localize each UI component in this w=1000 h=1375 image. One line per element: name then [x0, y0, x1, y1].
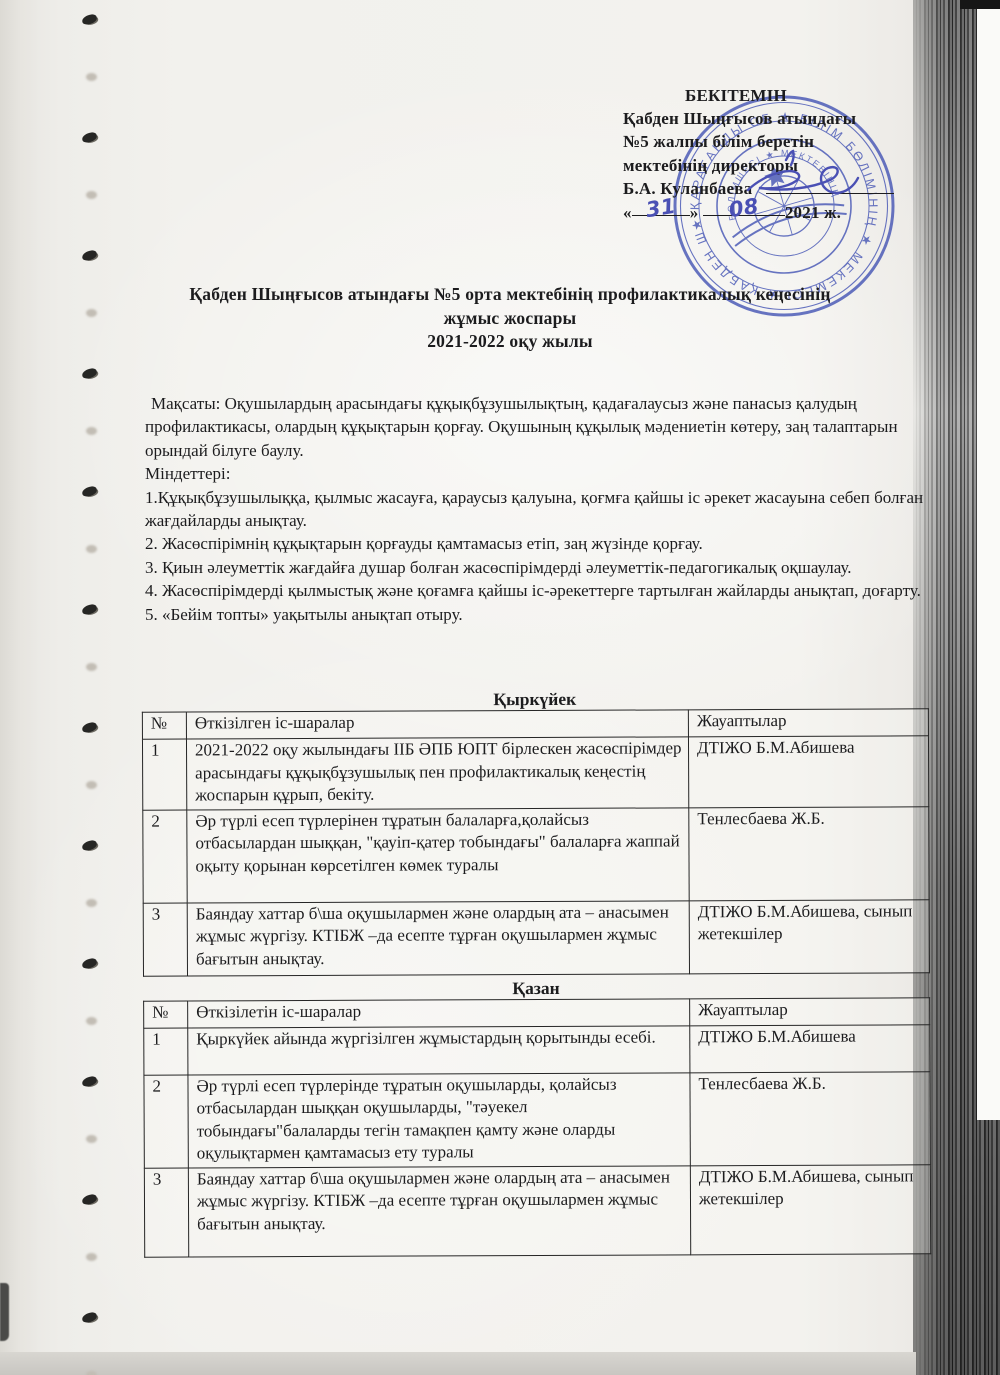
- col-header-number: №: [142, 712, 186, 739]
- tasks-label: Міндеттері:: [145, 462, 927, 485]
- row-responsible: Тенлесбаева Ж.Б.: [689, 806, 929, 900]
- row-activity: Баяндау хаттар б\ша оқушылармен және ола…: [187, 900, 689, 975]
- row-responsible: ДТІЖО Б.М.Абишева, сынып жетекшілер: [689, 899, 929, 973]
- row-responsible: ДТІЖО Б.М.Абишева: [690, 1024, 930, 1072]
- row-number: 3: [144, 1168, 188, 1257]
- row-responsible: ДТІЖО Б.М.Абишева: [688, 736, 928, 808]
- table-row: 1 Қыркүйек айында жүргізілген жұмыстарды…: [144, 1024, 930, 1074]
- col-header-number: №: [144, 1001, 188, 1028]
- row-activity: Әр түрлі есеп түрлерінен тұратын балалар…: [187, 807, 689, 902]
- table-header-row: № Өткізілетін іс-шаралар Жауаптылар: [144, 997, 930, 1027]
- task-item-1: 1.Құқықбұзушылыққа, қылмыс жасауға, қара…: [145, 486, 927, 533]
- col-header-responsible: Жауаптылар: [690, 997, 930, 1025]
- september-table: № Өткізілген іс-шаралар Жауаптылар 1 202…: [142, 708, 930, 976]
- approval-school-name-1: Қабден Шыңғысов атындағы: [623, 107, 943, 130]
- table-row: 3 Баяндау хаттар б\ша оқушылармен және о…: [144, 1164, 930, 1256]
- document-title: Қабден Шыңғысов атындағы №5 орта мектебі…: [80, 283, 940, 354]
- approval-approved-word: БЕКІТЕМІН: [623, 84, 943, 107]
- row-responsible: ДТІЖО Б.М.Абишева, сынып жетекшілер: [690, 1164, 930, 1254]
- task-item-5: 5. «Бейім топты» уақытылы анықтап отыру.: [145, 603, 927, 626]
- row-responsible: Тенлесбаева Ж.Б.: [690, 1071, 930, 1165]
- table-header-row: № Өткізілген іс-шаралар Жауаптылар: [142, 709, 928, 739]
- title-line-3: 2021-2022 оқу жылы: [80, 330, 940, 354]
- col-header-responsible: Жауаптылар: [688, 709, 928, 737]
- task-item-2: 2. Жасөспірімнің құқықтарын қорғауды қам…: [145, 532, 927, 555]
- row-number: 2: [144, 1075, 188, 1168]
- table-row: 1 2021-2022 оқу жылындағы ІІБ ӘПБ ЮПТ бі…: [142, 736, 928, 810]
- task-item-3: 3. Қиын әлеуметтік жағдайға душар болған…: [145, 556, 927, 579]
- scanned-document-page: ★ ҚАРАҒАНДЫ ОБ ★ БІЛІМ БӨЛІМІНІҢ ★ МЕКЕМ…: [0, 0, 1000, 1375]
- table-row: 2 Әр түрлі есеп түрлерінде тұратын оқушы…: [144, 1071, 930, 1167]
- plan-tables: Қыркүйек № Өткізілген іс-шаралар Жауапты…: [142, 686, 930, 1259]
- goal-paragraph: Мақсаты: Оқушылардың арасындағы құқықбұз…: [145, 392, 927, 462]
- october-table: № Өткізілетін іс-шаралар Жауаптылар 1 Қы…: [143, 997, 931, 1257]
- table-row: 2 Әр түрлі есеп түрлерінен тұратын балал…: [143, 806, 929, 902]
- goals-and-tasks: Мақсаты: Оқушылардың арасындағы құқықбұз…: [145, 392, 927, 626]
- row-number: 2: [143, 810, 187, 903]
- row-number: 1: [142, 739, 186, 810]
- row-activity: Қыркүйек айында жүргізілген жұмыстардың …: [188, 1025, 690, 1074]
- table-row: 3 Баяндау хаттар б\ша оқушылармен және о…: [143, 899, 929, 975]
- handwritten-day: 31: [644, 195, 677, 223]
- row-activity: Әр түрлі есеп түрлерінде тұратын оқушыла…: [188, 1072, 690, 1167]
- date-open-quote: «: [623, 203, 632, 222]
- row-number: 1: [144, 1028, 188, 1075]
- task-item-4: 4. Жасөспірімдерді қылмыстық және қоғамғ…: [145, 579, 927, 602]
- col-header-activities: Өткізілетін іс-шаралар: [188, 998, 690, 1027]
- row-activity: Баяндау хаттар б\ша оқушылармен және ола…: [188, 1165, 690, 1256]
- row-number: 3: [143, 903, 187, 976]
- title-line-1: Қабден Шыңғысов атындағы №5 орта мектебі…: [80, 283, 940, 307]
- director-signature: [678, 148, 918, 223]
- row-activity: 2021-2022 оқу жылындағы ІІБ ӘПБ ЮПТ бірл…: [186, 737, 688, 810]
- title-line-2: жұмыс жоспары: [80, 307, 940, 331]
- col-header-activities: Өткізілген іс-шаралар: [186, 710, 688, 739]
